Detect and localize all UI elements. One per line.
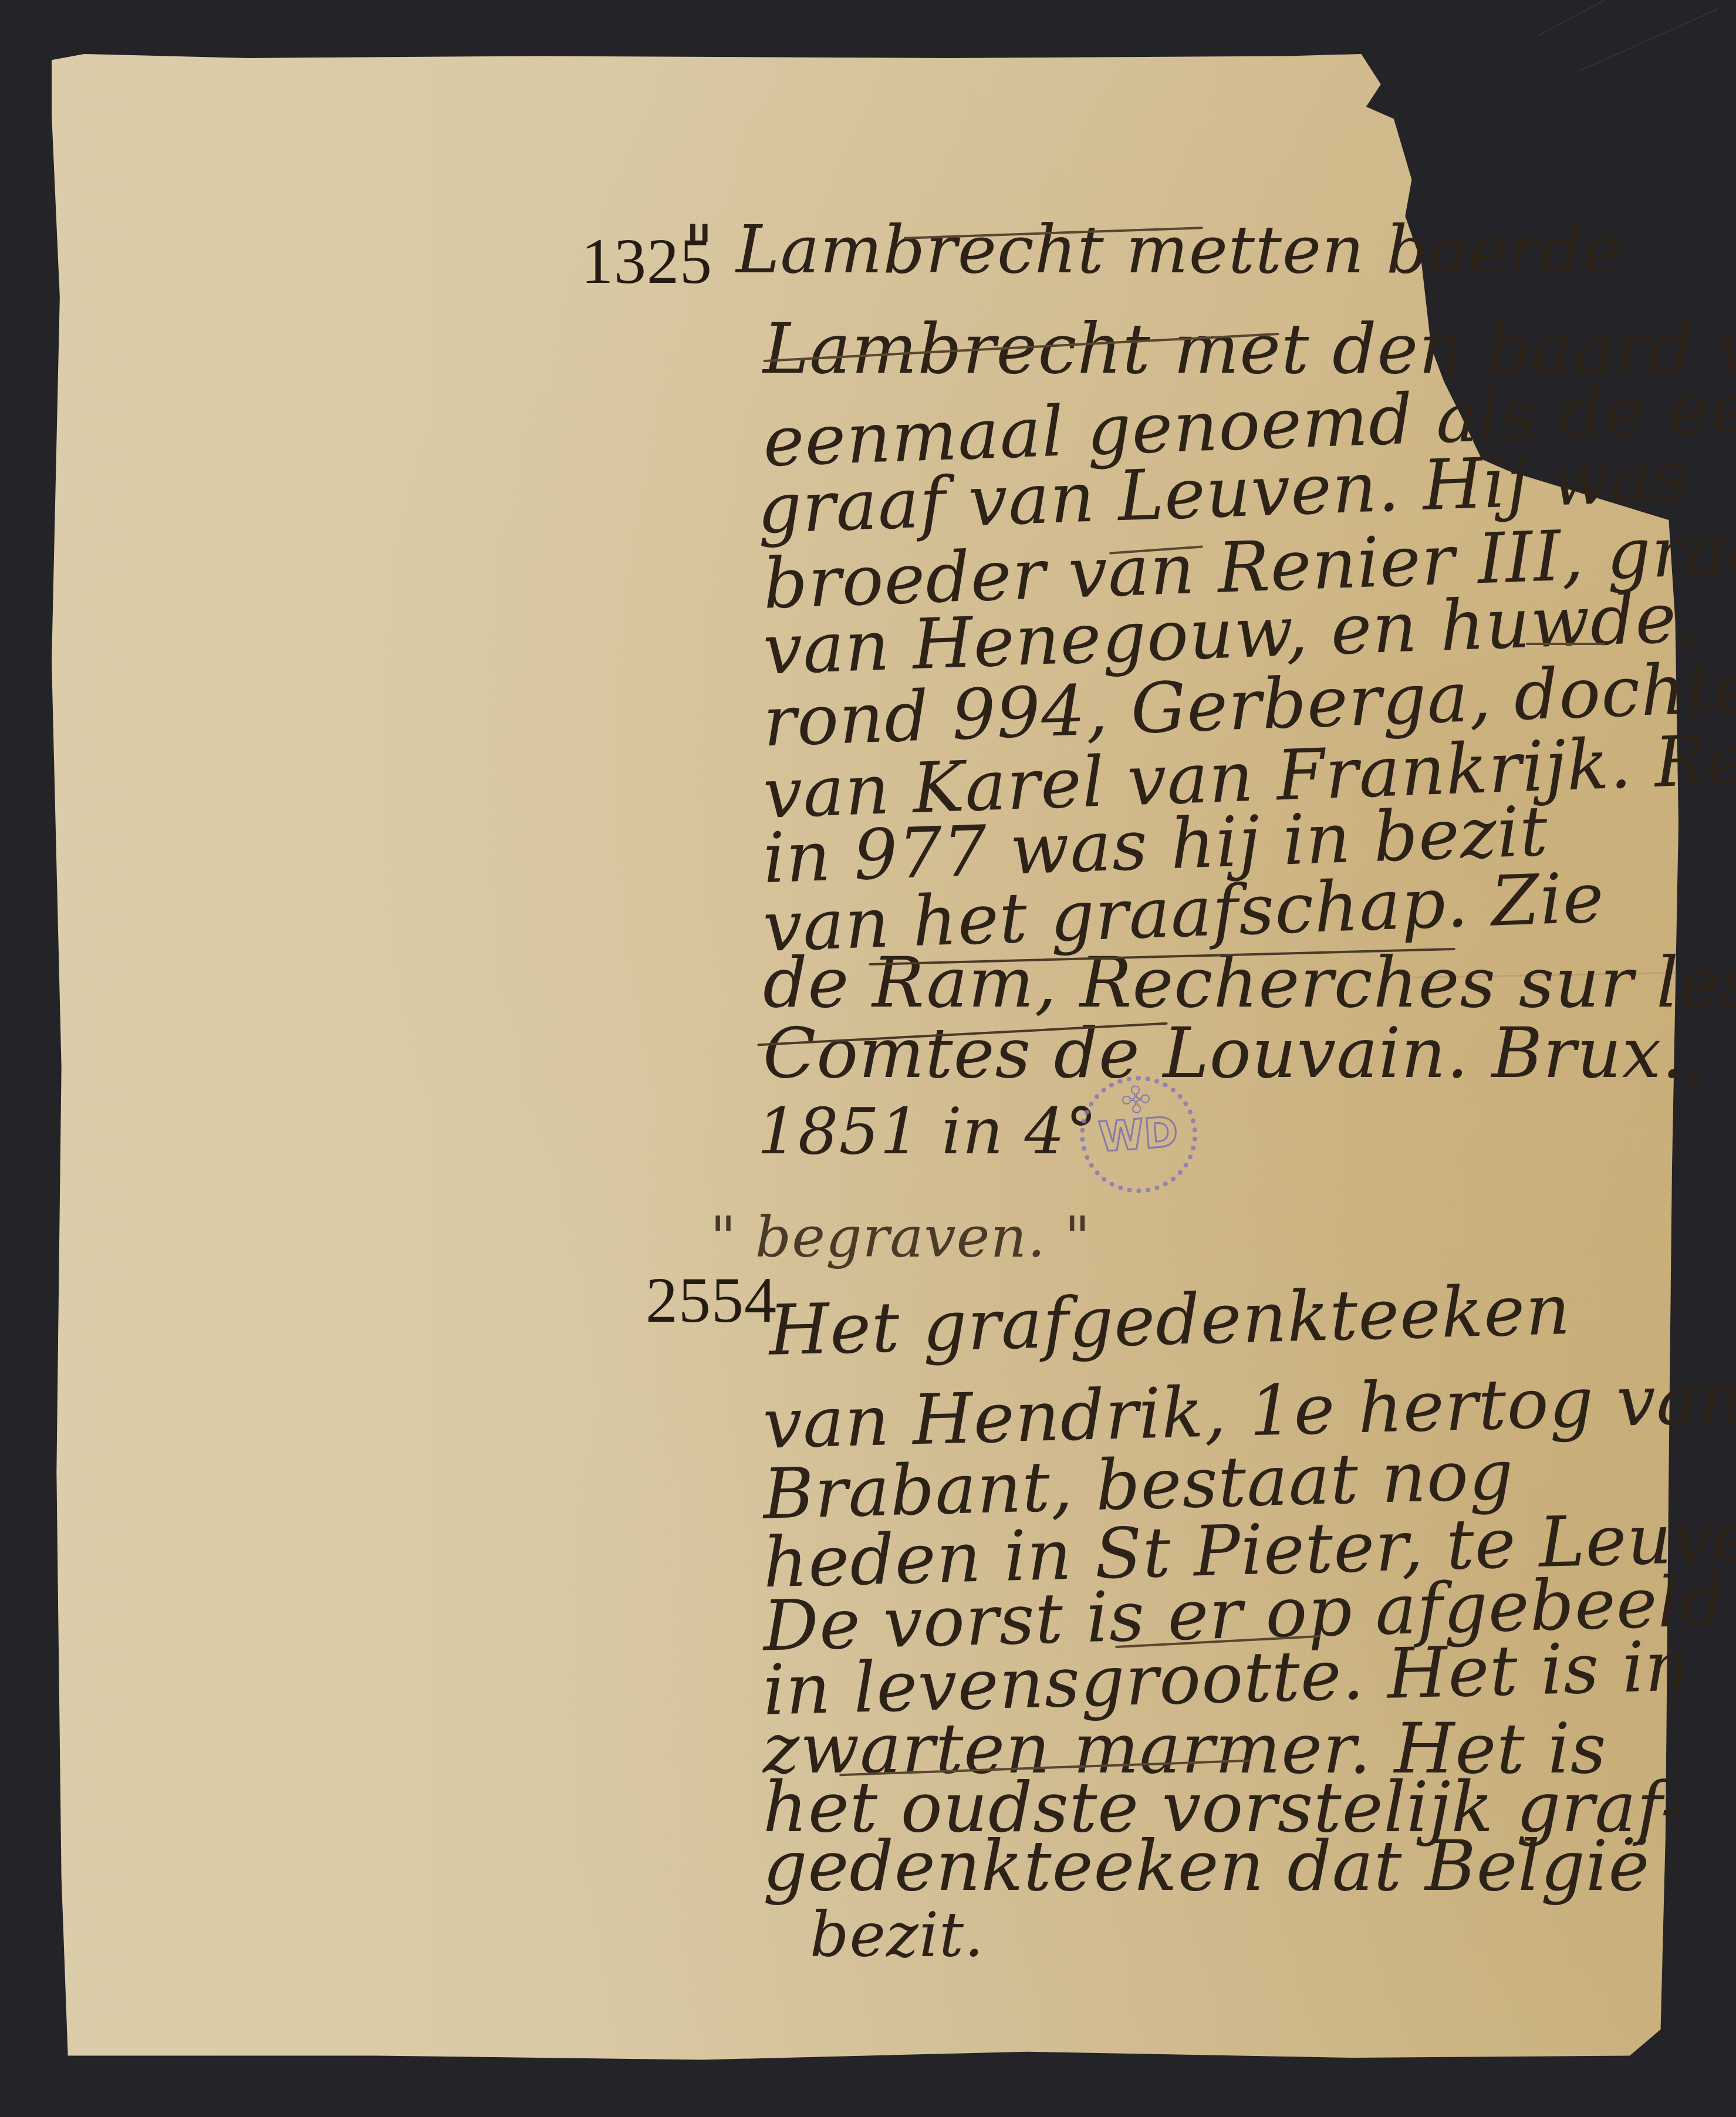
stamp-monogram: ✣ WD: [1097, 1108, 1180, 1161]
entry-heading: " begraven. ": [710, 1209, 1091, 1265]
text-line: gedenkteeken dat België: [763, 1831, 1650, 1900]
stamp-flourish-icon: ✣: [1120, 1079, 1152, 1122]
strikethrough: [1526, 643, 1605, 645]
text-line: Het grafgedenkteeken: [768, 1275, 1572, 1365]
text-line: bezit.: [810, 1905, 984, 1966]
entry-heading: " Lambrecht metten baerde: [684, 217, 1622, 283]
backdrop-scratch: [1538, 0, 1673, 36]
text-line: Comtes de Louvain. Brux.,: [763, 1018, 1707, 1088]
text-line: de Ram, Recherches sur les: [763, 948, 1736, 1017]
backdrop-scratch: [1579, 8, 1718, 72]
entry-ref-number: 2554: [646, 1268, 777, 1332]
text-line: 1851 in 4°: [757, 1100, 1097, 1164]
library-stamp: ✣ WD: [1080, 1076, 1197, 1193]
